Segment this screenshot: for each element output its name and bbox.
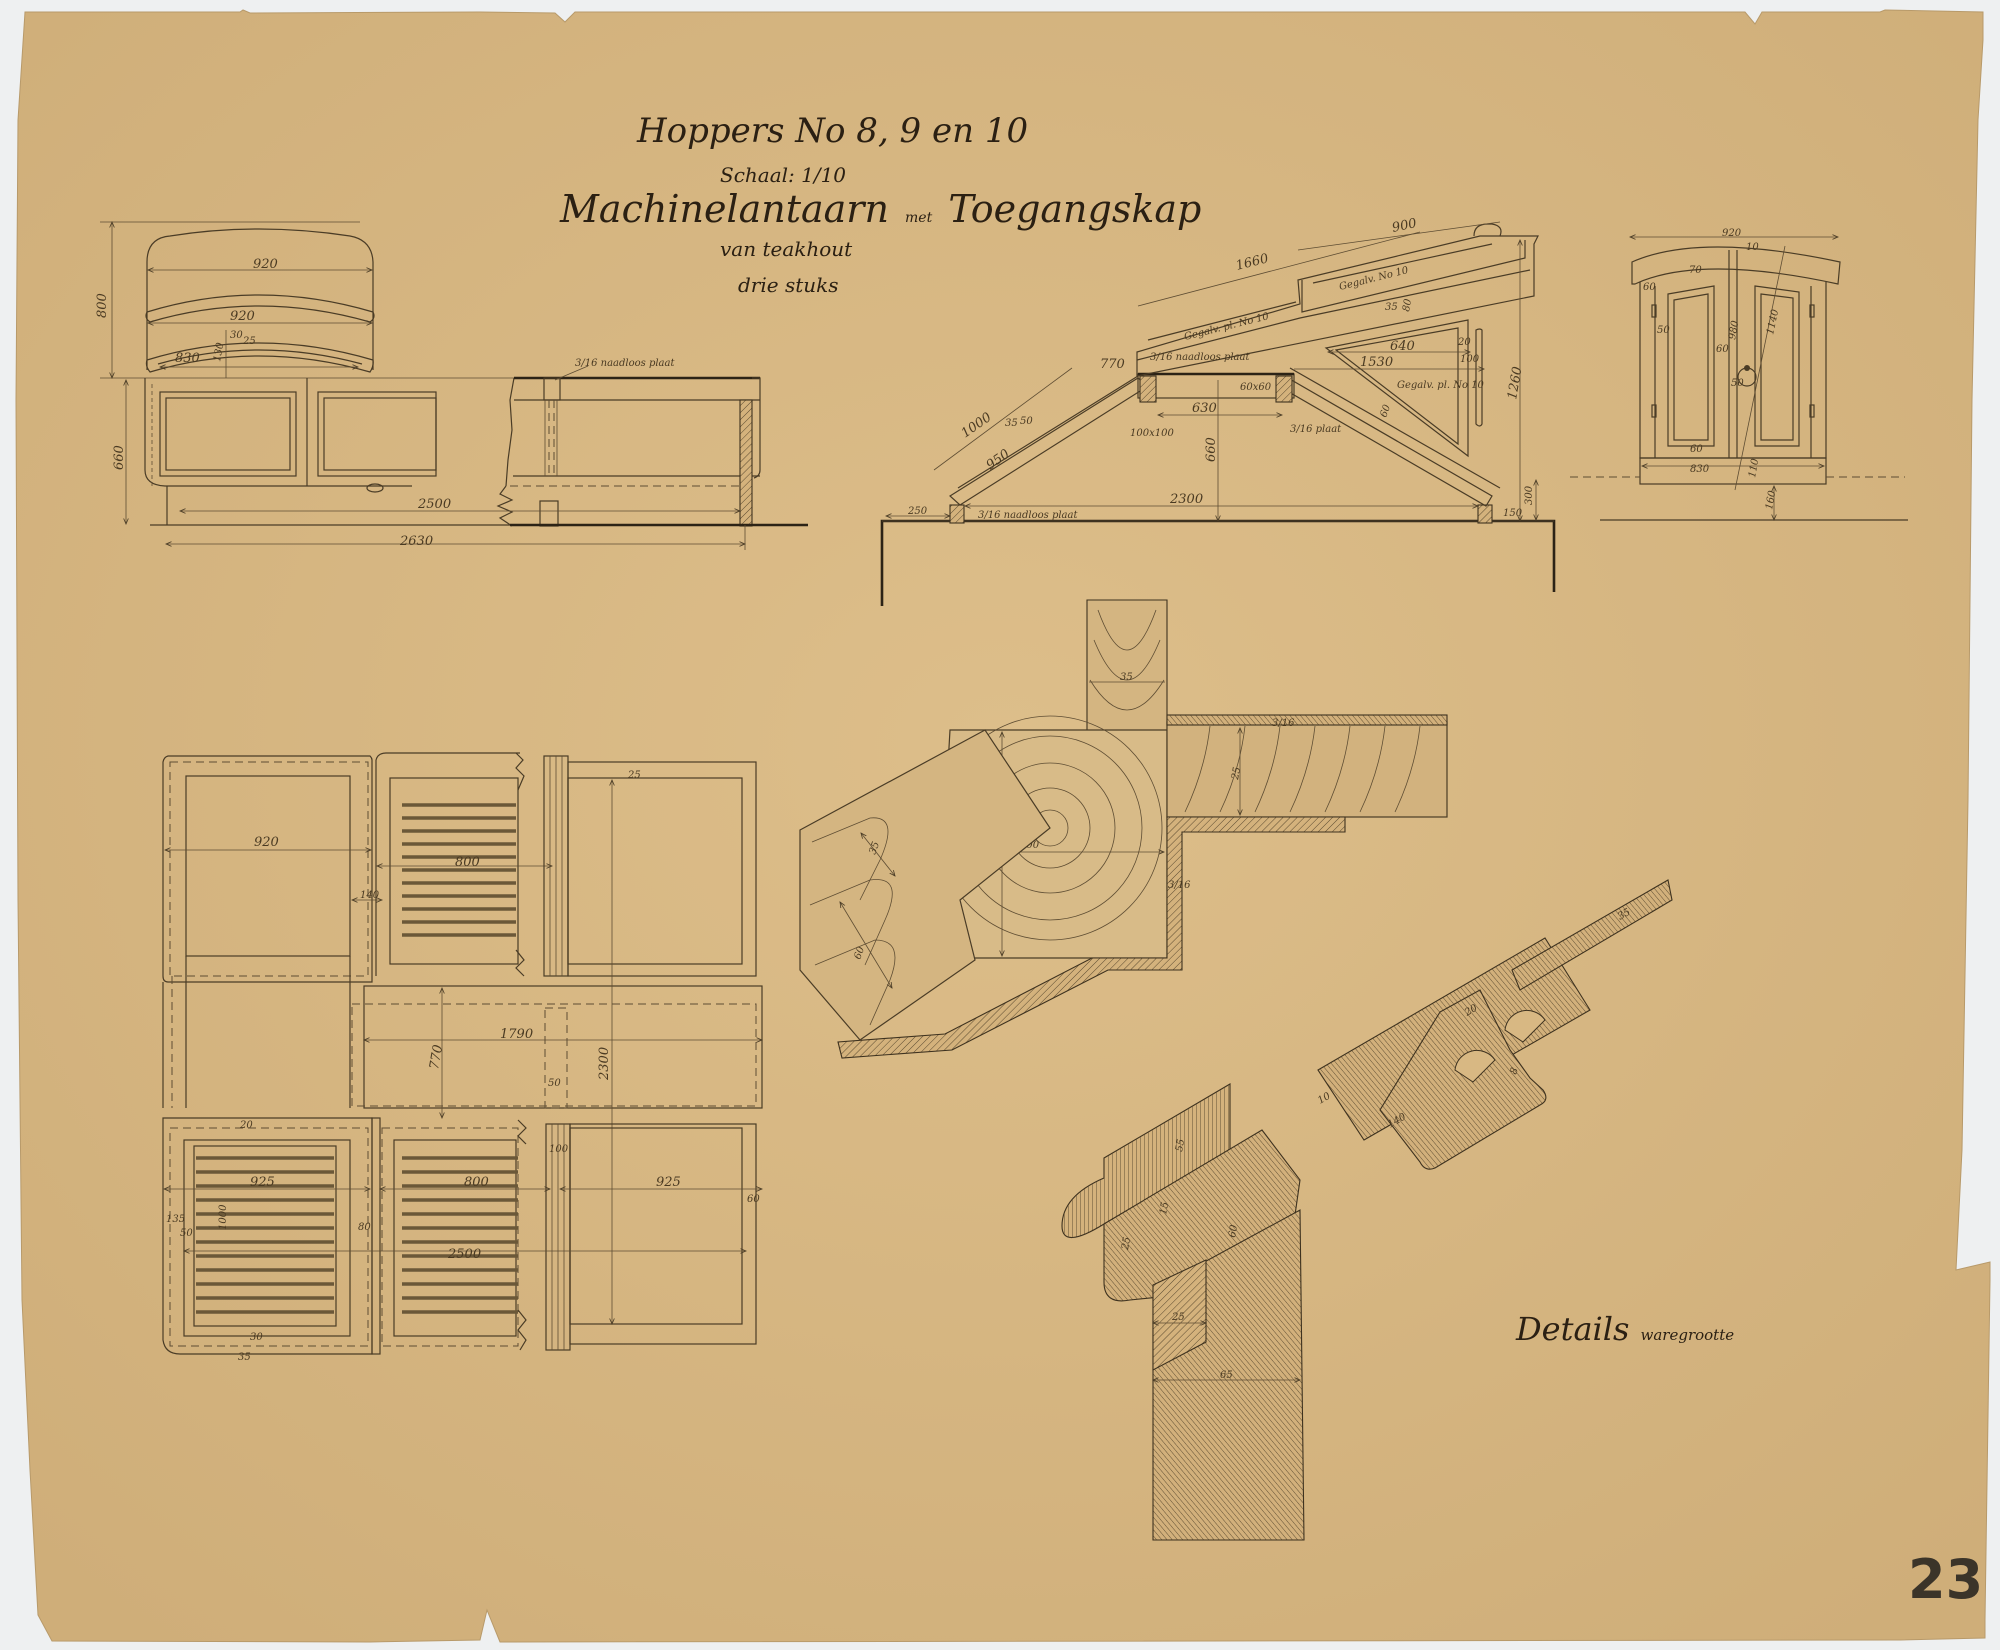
label-triangle: Gegalv. pl. No 10 xyxy=(1397,380,1485,391)
dim-end-rail: 70 xyxy=(1689,265,1702,276)
dim-hood-inner: 830 xyxy=(175,351,200,366)
note-plate-front: 3/16 naadloos plaat xyxy=(575,358,675,369)
dim-base-span: 2300 xyxy=(1169,492,1203,507)
dim-plan-grating-width: 800 xyxy=(455,855,480,870)
note-top-plate: 3/16 naadloos plaat xyxy=(1150,352,1250,363)
dim-overall-length: 2630 xyxy=(399,534,433,549)
dim-small-20: 20 xyxy=(1457,337,1471,348)
note-base-plate: 3/16 naadloos plaat xyxy=(978,510,1078,521)
dim-foot-25a: 25 xyxy=(1120,1236,1133,1251)
dim-plan-grating-height: 1000 xyxy=(218,1204,229,1230)
sheet-number: 23 xyxy=(1908,1548,1983,1611)
dim-plan-lower-mid: 800 xyxy=(464,1175,489,1190)
dim-small-35: 35 xyxy=(1385,302,1398,313)
dim-plan-60: 60 xyxy=(747,1194,760,1205)
dim-top-width: 770 xyxy=(1100,357,1125,372)
dim-inner-length: 2500 xyxy=(417,497,451,512)
title-scale: Schaal: 1/10 xyxy=(720,163,846,187)
dim-plan-50: 50 xyxy=(548,1078,561,1089)
dim-plan-30: 30 xyxy=(250,1332,263,1343)
dim-plan-20: 20 xyxy=(239,1120,253,1131)
dim-end-top-width: 920 xyxy=(1722,228,1742,239)
dim-end-center: 50 xyxy=(1731,378,1744,389)
dim-detail-plate: 3/16 xyxy=(1272,718,1295,729)
dim-plan-35: 35 xyxy=(238,1352,251,1363)
dim-frame-80: 80 xyxy=(1401,297,1414,312)
dim-foot-60: 60 xyxy=(1227,1223,1240,1238)
dim-plan-1790: 1790 xyxy=(500,1027,533,1042)
dim-slope-50: 50 xyxy=(1020,416,1033,427)
dim-plan-2500: 2500 xyxy=(447,1247,481,1262)
dim-opening: 630 xyxy=(1192,401,1217,416)
dim-foot-55: 55 xyxy=(1174,1138,1187,1152)
dim-hood-width-mid: 920 xyxy=(230,309,255,324)
note-plate-small: 3/16 plaat xyxy=(1290,424,1342,435)
dim-body-height: 660 xyxy=(112,445,127,470)
dim-plan-lower-left: 925 xyxy=(250,1175,275,1190)
dim-end-bottom-rail: 60 xyxy=(1690,444,1703,455)
dim-detail-plank: 25 xyxy=(1230,766,1243,781)
dim-top-beam: 60x60 xyxy=(1240,382,1272,393)
dim-end-stile-60b: 60 xyxy=(1716,344,1729,355)
dim-triangle-width: 640 xyxy=(1390,339,1415,354)
dim-plan-2300: 2300 xyxy=(597,1047,612,1081)
dim-triangle-100: 100 xyxy=(1460,354,1480,365)
title-hoppers: Hoppers No 8, 9 en 10 xyxy=(636,111,1028,151)
dim-foot-65: 65 xyxy=(1220,1370,1233,1381)
dim-plan-edge-50: 50 xyxy=(180,1228,193,1239)
dim-hood-30: 30 xyxy=(230,330,243,341)
dim-foot-25b: 25 xyxy=(1171,1312,1185,1323)
title-quantity: drie stuks xyxy=(738,273,839,297)
dim-end-stile-60: 60 xyxy=(1643,282,1656,293)
dim-detail-post-35: 35 xyxy=(1120,672,1133,683)
dim-plan-80: 80 xyxy=(358,1222,371,1233)
dim-plan-gap: 140 xyxy=(360,890,380,901)
dim-height-660: 660 xyxy=(1204,437,1219,462)
dim-hood-25: 25 xyxy=(242,336,256,347)
dim-end-top-gap: 10 xyxy=(1746,242,1759,253)
dim-corner-post: 100x100 xyxy=(1130,428,1174,439)
dim-slope-35: 35 xyxy=(1005,418,1018,429)
dim-plan-lower-right: 925 xyxy=(656,1175,681,1190)
dim-overall-height: 800 xyxy=(95,293,110,318)
dim-left-margin: 250 xyxy=(907,506,928,517)
title-main: Machinelantaarn met Toegangskap xyxy=(559,187,1201,231)
dim-foot-15: 15 xyxy=(1158,1201,1171,1215)
dim-right-margin: 150 xyxy=(1503,508,1523,519)
drawing-sheet: Hoppers No 8, 9 en 10 Schaal: 1/10 Machi… xyxy=(0,0,2000,1650)
dim-plan-25: 25 xyxy=(627,770,641,781)
dim-triangle-span: 1530 xyxy=(1360,355,1393,370)
dim-plan-post: 100 xyxy=(549,1144,569,1155)
dim-detail-side: 3/16 xyxy=(1168,880,1191,891)
title-material: van teakhout xyxy=(720,237,853,261)
dim-plan-left-width: 920 xyxy=(254,835,279,850)
dim-hood-width-top: 920 xyxy=(253,257,278,272)
dim-base-height: 300 xyxy=(1524,485,1535,505)
dim-plan-135: 135 xyxy=(166,1214,185,1225)
dim-end-base-width: 830 xyxy=(1690,464,1710,475)
dim-end-stile-50: 50 xyxy=(1657,325,1670,336)
